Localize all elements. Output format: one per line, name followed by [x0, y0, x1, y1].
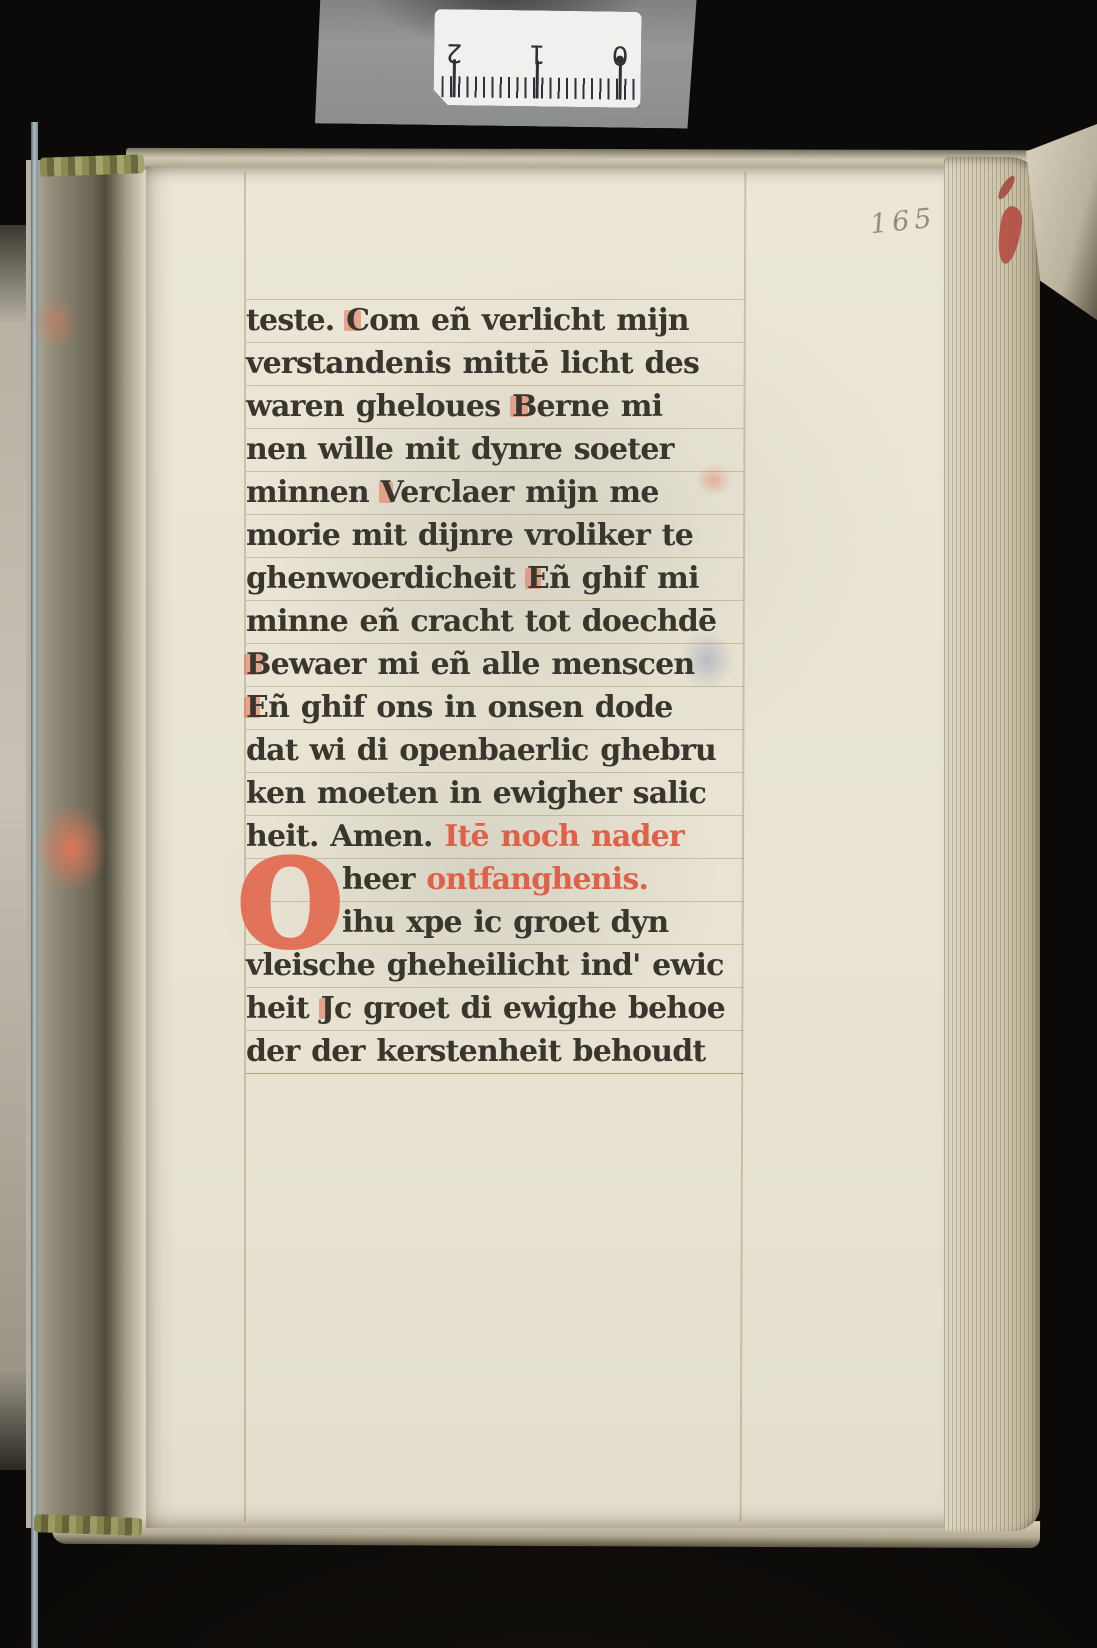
manuscript-line: nen wille mit dynre soeter	[246, 428, 743, 471]
text-segment: ewaer mi eñ alle menscen	[271, 647, 695, 682]
text-segment: minnen	[246, 475, 381, 510]
text-segment: nen wille mit dynre soeter	[246, 432, 674, 467]
manuscript-line: der der kerstenheit behoudt	[246, 1030, 743, 1073]
text-segment: heit	[246, 991, 321, 1026]
manuscript-line: waren gheloues Berne mi	[246, 385, 743, 428]
text-segment: morie mit dijnre vroliker te	[246, 518, 693, 553]
endband-bottom	[34, 1514, 143, 1536]
text-segment: V	[381, 475, 401, 510]
text-segment: ñ ghif mi	[549, 561, 699, 596]
text-segment: C	[346, 303, 369, 338]
ruler-scale-label: 2 1 0	[433, 9, 641, 108]
text-segment: ñ ghif ons in onsen dode	[268, 690, 673, 725]
text-segment: dat wi di openbaerlic ghebru	[246, 733, 716, 768]
ruler-cm-tick	[535, 60, 539, 98]
manuscript-line: ken moeten in ewigher salic	[246, 772, 743, 815]
text-segment: c groet di ewighe behoe	[334, 991, 725, 1026]
manuscript-line: dat wi di openbaerlic ghebru	[246, 729, 743, 772]
text-segment: heer	[342, 862, 426, 897]
rubric-segment: Itē noch nader	[444, 819, 684, 854]
decorated-initial: O	[238, 850, 342, 968]
manuscript-line: minne eñ cracht tot doechdē	[246, 600, 743, 643]
page-fore-edge-stack	[944, 157, 1040, 1531]
text-segment: om eñ verlicht mijn	[369, 303, 689, 338]
text-segment: erne mi	[537, 389, 663, 424]
manuscript-line: teste. Com eñ verlicht mijn	[246, 299, 743, 342]
manuscript-line: morie mit dijnre vroliker te	[246, 514, 743, 557]
book-gutter	[26, 160, 154, 1528]
text-segment: teste.	[246, 303, 346, 338]
text-segment: E	[527, 561, 549, 596]
text-segment: J	[321, 991, 334, 1026]
glass-clamp-bar	[31, 122, 38, 1648]
text-segment: der der kerstenheit behoudt	[246, 1034, 705, 1069]
manuscript-line: minnen Verclaer mijn me	[246, 471, 743, 514]
text-segment: verstandenis mittē licht des	[246, 346, 699, 381]
text-segment: minne eñ cracht tot doechdē	[246, 604, 716, 639]
text-segment: ihu xpe ic groet dyn	[342, 905, 668, 940]
ruler-cm-tick	[452, 59, 456, 97]
manuscript-line: Eñ ghif ons in onsen dode	[246, 686, 743, 729]
ruler-cm-tick	[618, 62, 622, 100]
text-segment: ghenwoerdicheit	[246, 561, 527, 596]
manuscript-photo: teste. Com eñ verlicht mijnverstandenis …	[0, 0, 1097, 1648]
endband-top	[40, 154, 145, 177]
rubric-segment: ontfanghenis.	[426, 862, 648, 897]
text-segment: B	[246, 647, 271, 682]
text-segment: B	[512, 389, 537, 424]
text-segment: ken moeten in ewigher salic	[246, 776, 706, 811]
manuscript-line: Bewaer mi eñ alle menscen	[246, 643, 743, 686]
measure-ruler: 2 1 0	[313, 0, 697, 129]
manuscript-line: ghenwoerdicheit Eñ ghif mi	[246, 557, 743, 600]
manuscript-line: verstandenis mittē licht des	[246, 342, 743, 385]
text-segment: E	[246, 690, 268, 725]
manuscript-line: heit Jc groet di ewighe behoe	[246, 987, 743, 1030]
text-segment: erclaer mijn me	[400, 475, 658, 510]
ruler-zero-ball	[616, 56, 624, 64]
text-segment: waren gheloues	[246, 389, 512, 424]
